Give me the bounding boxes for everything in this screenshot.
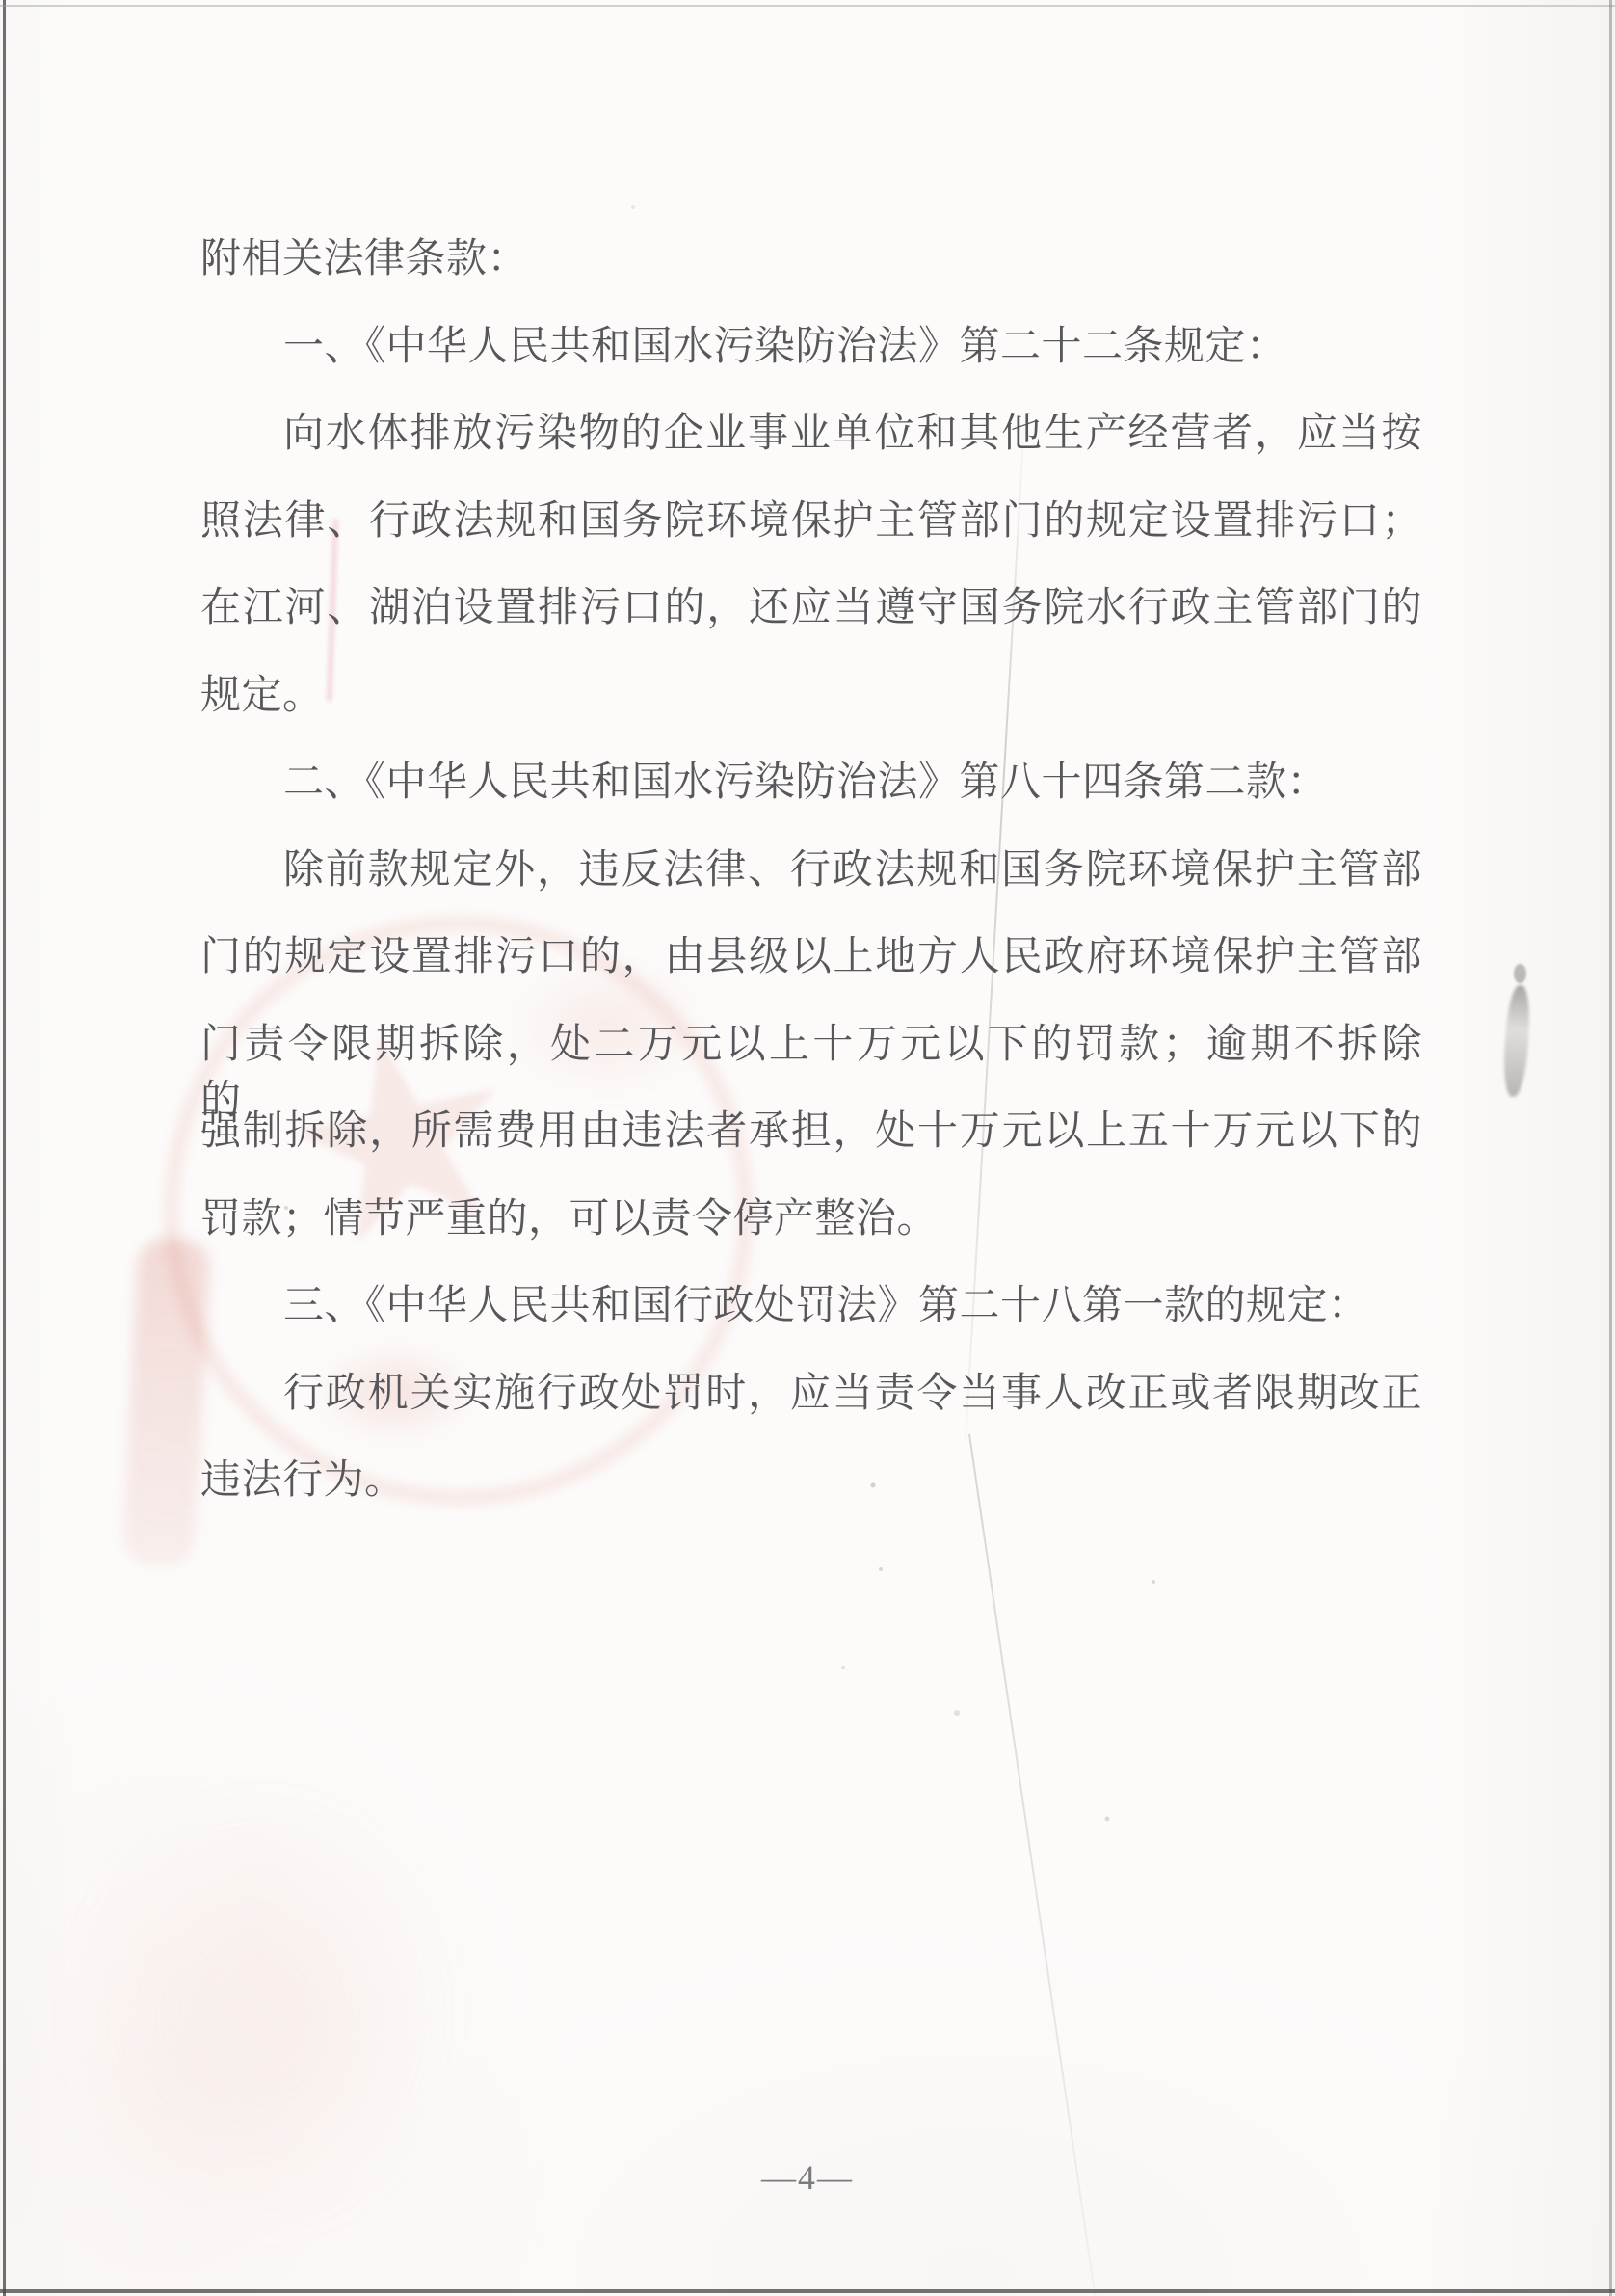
text-line: 罚款；情节严重的，可以责令停产整治。 bbox=[200, 1191, 1422, 1279]
text-line: 照法律、行政法规和国务院环境保护主管部门的规定设置排污口； bbox=[200, 494, 1422, 581]
pencil-smudge bbox=[1501, 984, 1532, 1097]
text-line: 在江河、湖泊设置排污口的，还应当遵守国务院水行政主管部门的 bbox=[200, 580, 1422, 668]
text-line: 行政机关实施行政处罚时，应当责令当事人改正或者限期改正 bbox=[200, 1366, 1422, 1454]
text-line: 除前款规定外，违反法律、行政法规和国务院环境保护主管部 bbox=[200, 842, 1422, 930]
page-edge-top bbox=[0, 5, 1615, 7]
page-edge-left bbox=[3, 0, 6, 2296]
page-edge-bottom bbox=[0, 2289, 1615, 2293]
text-line: 一、《中华人民共和国水污染防治法》第二十二条规定： bbox=[200, 319, 1422, 407]
page-edge-right bbox=[1609, 0, 1612, 2296]
text-line: 附相关法律条款： bbox=[200, 231, 1422, 319]
text-line: 三、《中华人民共和国行政处罚法》第二十八第一款的规定： bbox=[200, 1278, 1422, 1366]
text-line: 强制拆除，所需费用由违法者承担，处十万元以上五十万元以下的 bbox=[200, 1104, 1422, 1191]
page-number: —4— bbox=[0, 2157, 1615, 2198]
text-line: 门责令限期拆除，处二万元以上十万元以下的罚款；逾期不拆除的， bbox=[200, 1017, 1422, 1105]
text-line: 向水体排放污染物的企业事业单位和其他生产经营者，应当按 bbox=[200, 406, 1422, 494]
dust-specks bbox=[0, 0, 2, 2]
text-line: 规定。 bbox=[200, 668, 1422, 756]
document-body: 附相关法律条款：一、《中华人民共和国水污染防治法》第二十二条规定：向水体排放污染… bbox=[200, 231, 1422, 1540]
red-ink-streak bbox=[121, 1237, 211, 1567]
pencil-smudge bbox=[1514, 964, 1526, 983]
text-line: 二、《中华人民共和国水污染防治法》第八十四条第二款： bbox=[200, 755, 1422, 842]
scanned-page: ★ 附相关法律条款：一、《中华人民共和国水污染防治法》第二十二条规定：向水体排放… bbox=[0, 0, 1615, 2296]
text-line: 违法行为。 bbox=[200, 1453, 1422, 1540]
text-line: 门的规定设置排污口的，由县级以上地方人民政府环境保护主管部 bbox=[200, 929, 1422, 1017]
